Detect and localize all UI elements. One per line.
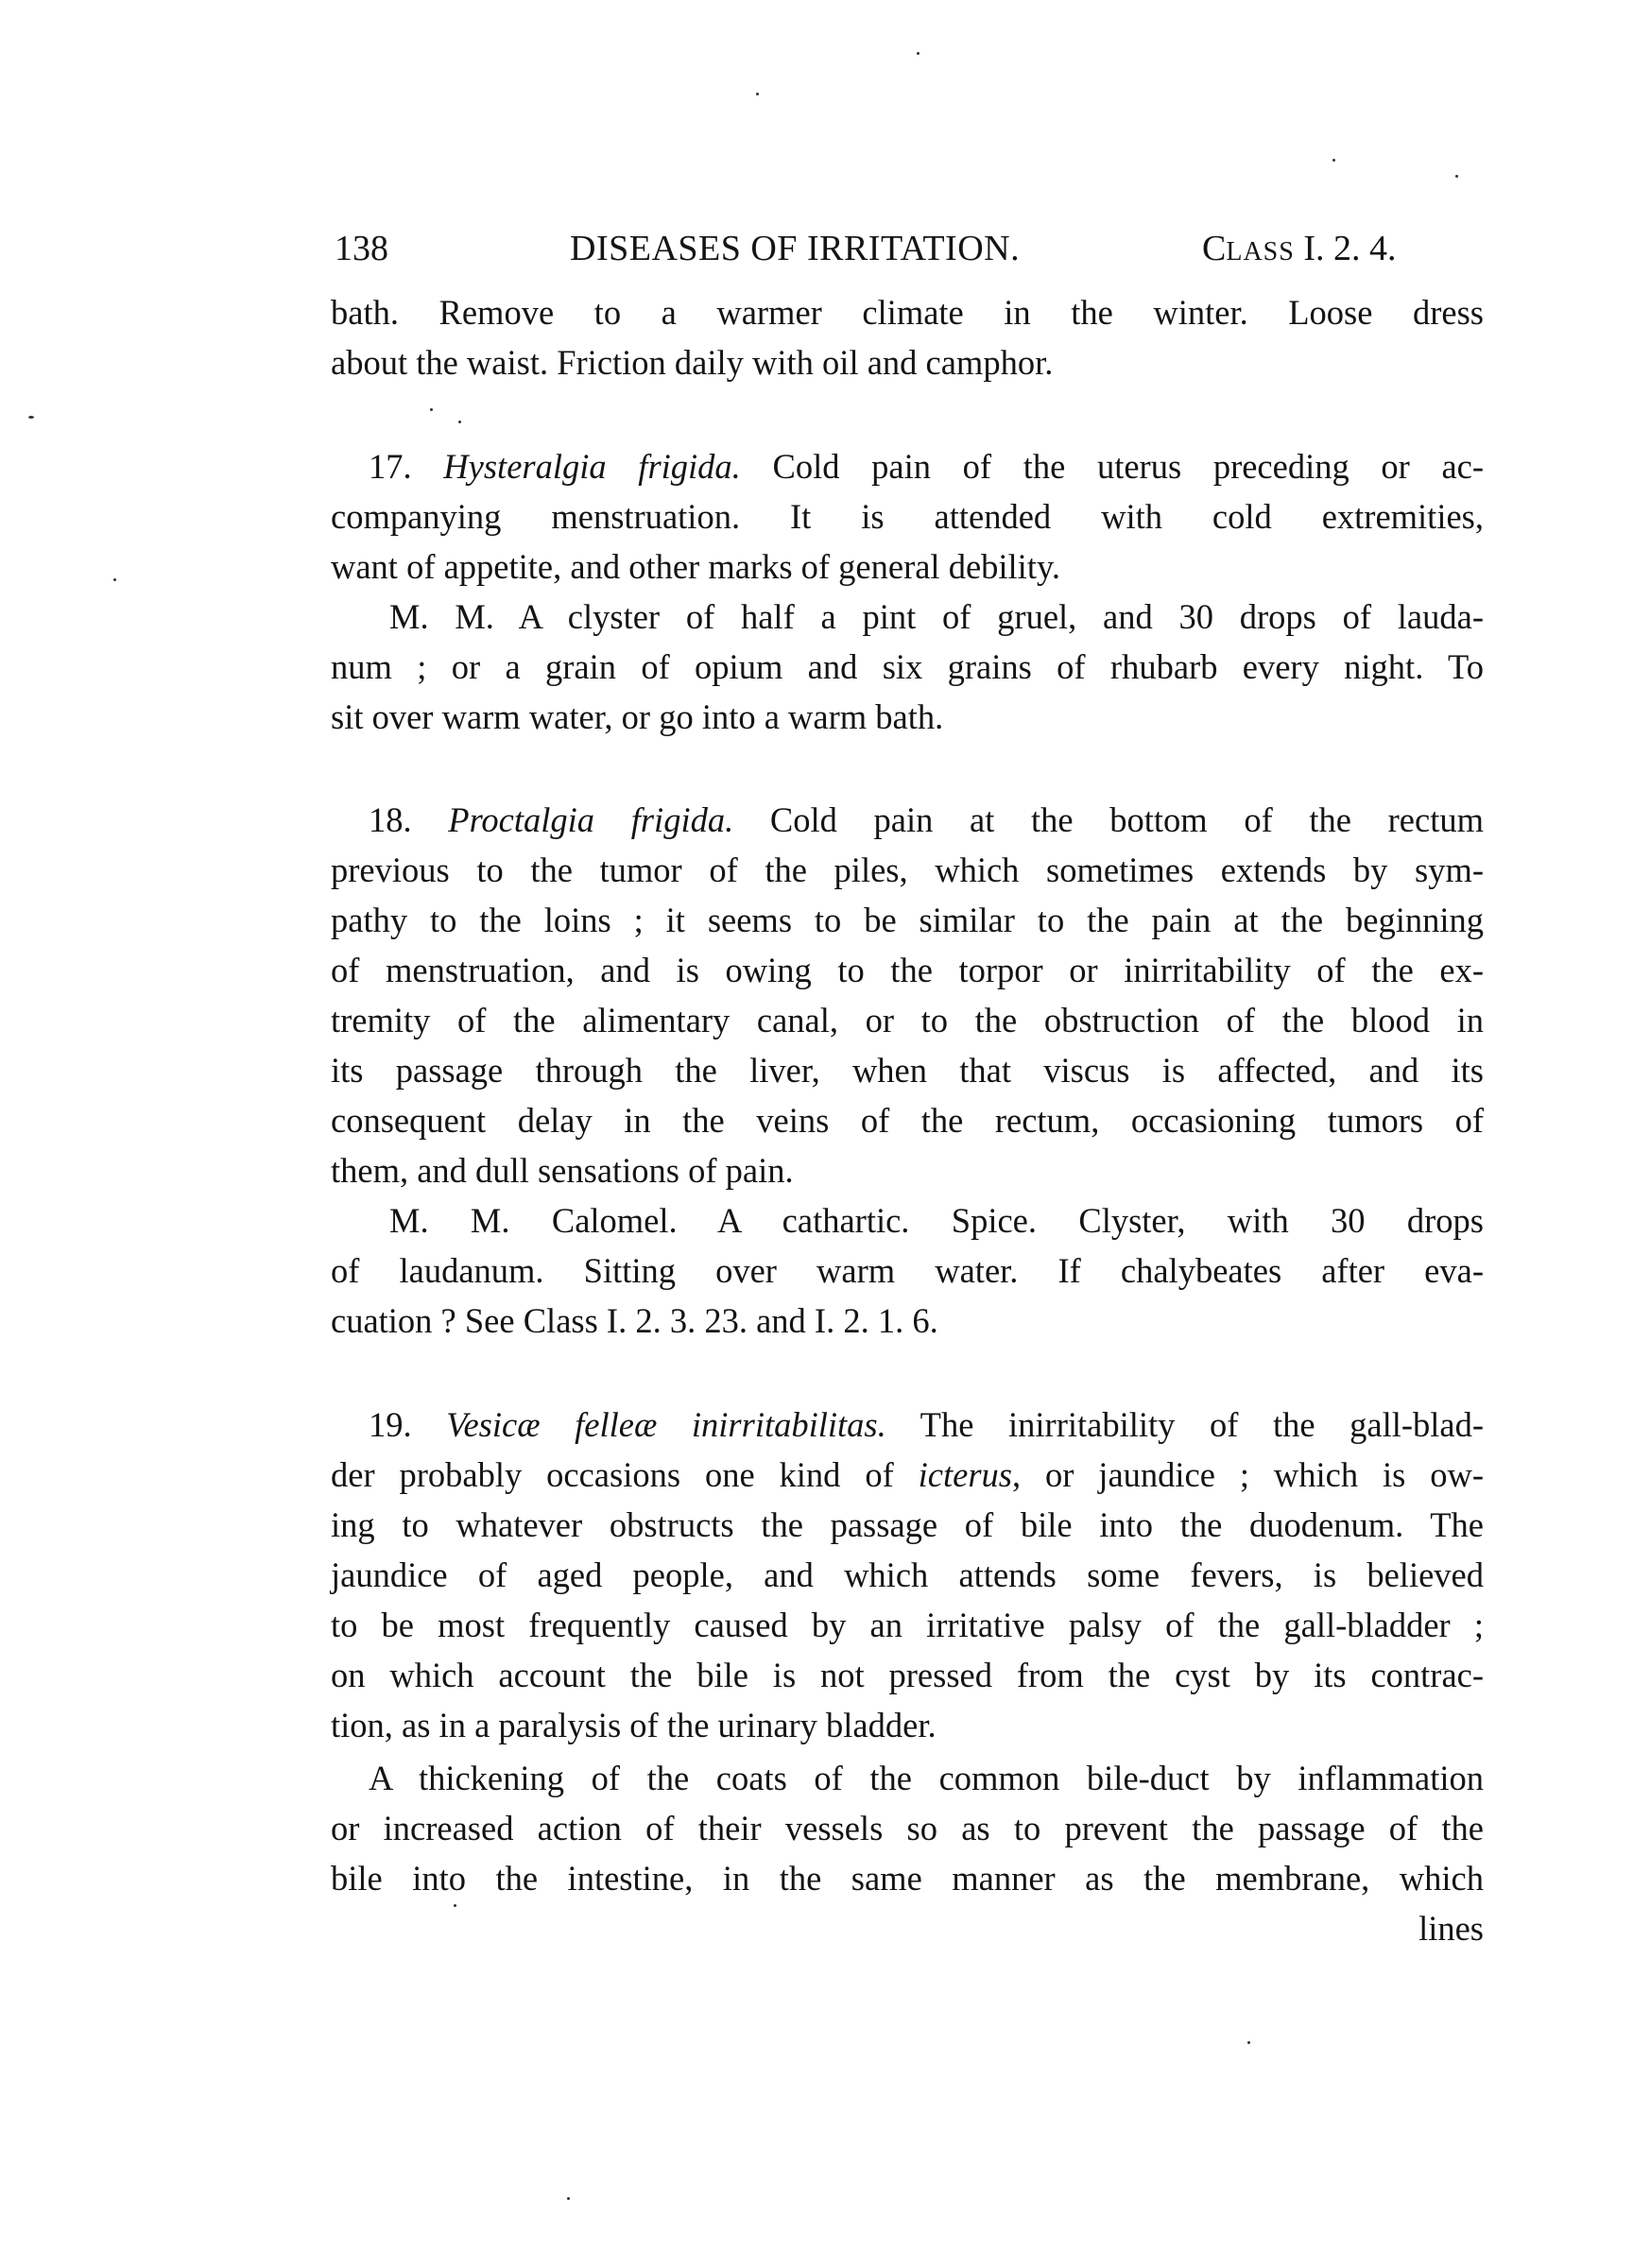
entry-name: Proctalgia frigida. [448,800,733,839]
text-line: want of appetite, and other marks of gen… [331,542,1484,592]
text-segment: der probably occasions one kind of [331,1455,919,1494]
text-line: companying menstruation. It is attended … [331,492,1484,541]
text-line: previous to the tumor of the piles, whic… [331,846,1484,895]
scan-speck [113,578,116,581]
scan-speck [1332,159,1335,162]
class-smallcaps: LASS [1226,237,1294,266]
materia-medica-line: M. M. Calomel. A cathartic. Spice. Clyst… [389,1196,1484,1246]
scan-speck [458,421,461,423]
text-line: consequent delay in the veins of the rec… [331,1096,1484,1145]
text-line: cuation ? See Class I. 2. 3. 23. and I. … [331,1297,1484,1346]
scan-speck [567,2197,570,2200]
materia-medica-line: M. M. A clyster of half a pint of gruel,… [389,593,1484,642]
running-title: DISEASES OF IRRITATION. [570,225,1020,272]
scan-speck [1455,175,1458,178]
entry-19-heading-line: 19. Vesicæ felleæ inirritabilitas. The i… [369,1400,1484,1450]
entry-17-heading-line: 17. Hysteralgia frigida. Cold pain of th… [369,442,1484,491]
entry-text: The inirritability of the gall-blad- [886,1405,1484,1444]
text-line: der probably occasions one kind of icter… [331,1451,1484,1500]
text-line: of laudanum. Sitting over warm water. If… [331,1246,1484,1296]
text-line: on which account the bile is not pressed… [331,1651,1484,1700]
class-reference: CLASS I. 2. 4. [1202,225,1396,272]
entry-number: 17. [369,447,412,486]
scan-speck [1247,2041,1250,2044]
entry-text: Cold pain of the uterus preceding or ac- [741,447,1484,486]
text-line: jaundice of aged people, and which atten… [331,1551,1484,1600]
text-line: to be most frequently caused by an irrit… [331,1601,1484,1650]
icterus-term: icterus [919,1455,1012,1494]
text-line: bath. Remove to a warmer climate in the … [331,288,1484,337]
text-line: or increased action of their vessels so … [331,1804,1484,1853]
entry-18-heading-line: 18. Proctalgia frigida. Cold pain at the… [369,796,1484,845]
scan-speck [454,1904,456,1907]
class-ref-number: I. 2. 4. [1295,229,1397,268]
entry-name: Hysteralgia frigida. [443,447,741,486]
text-line: num ; or a grain of opium and six grains… [331,643,1484,692]
text-segment: , or jaundice ; which is ow- [1012,1455,1484,1494]
text-line: pathy to the loins ; it seems to be simi… [331,896,1484,945]
catchword: lines [331,1904,1484,1953]
scan-speck [917,52,920,55]
book-page: 138 DISEASES OF IRRITATION. CLASS I. 2. … [0,0,1633,2268]
entry-number: 18. [369,800,412,839]
text-line: sit over warm water, or go into a warm b… [331,693,1484,742]
text-line: ing to whatever obstructs the passage of… [331,1501,1484,1550]
text-line: about the waist. Friction daily with oil… [331,338,1484,387]
text-line: them, and dull sensations of pain. [331,1146,1484,1195]
scan-speck [28,416,34,419]
class-prefix: C [1202,229,1226,268]
page-number: 138 [335,225,388,272]
text-line: tion, as in a paralysis of the urinary b… [331,1701,1484,1750]
text-line: A thickening of the coats of the common … [369,1754,1484,1803]
text-line: its passage through the liver, when that… [331,1046,1484,1095]
text-line: of menstruation, and is owing to the tor… [331,946,1484,995]
scan-speck [430,408,433,411]
entry-number: 19. [369,1405,412,1444]
text-line: bile into the intestine, in the same man… [331,1854,1484,1903]
text-line: tremity of the alimentary canal, or to t… [331,996,1484,1045]
scan-speck [756,93,759,95]
entry-name: Vesicæ felleæ inirritabilitas. [446,1405,886,1444]
entry-text: Cold pain at the bottom of the rectum [733,800,1484,839]
